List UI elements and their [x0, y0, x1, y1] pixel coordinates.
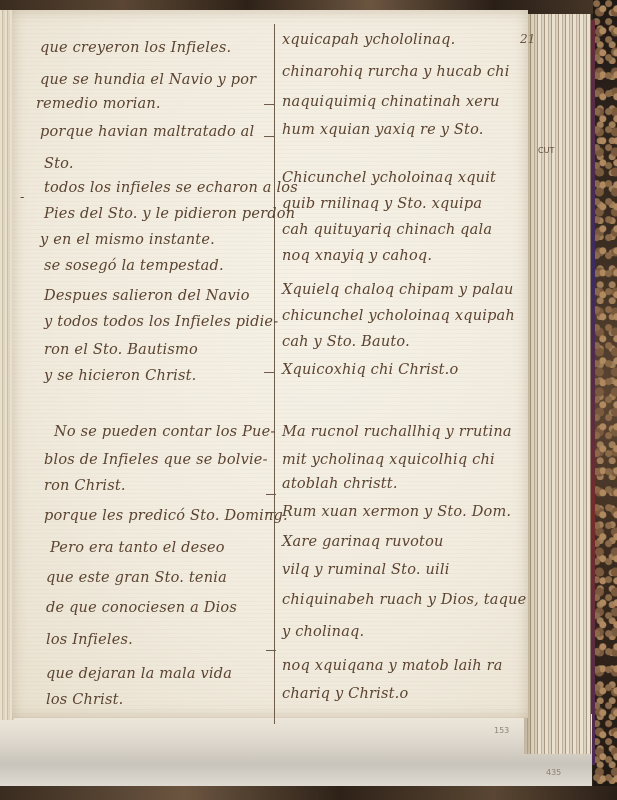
mayan-line: y cholinaq. [282, 624, 364, 640]
spanish-line: No se pueden contar los Pue- [54, 424, 275, 440]
mayan-line: chiquinabeh ruach y Dios, taque [282, 592, 526, 608]
mayan-line: naquiquimiq chinatinah xeru [282, 94, 500, 110]
mayan-line: Xquielq chaloq chipam y palau [282, 282, 514, 298]
rule-tick [264, 372, 274, 373]
mayan-line: Rum xuan xermon y Sto. Dom. [282, 504, 511, 520]
mayan-line: noq xquiqana y matob laih ra [282, 658, 503, 674]
spanish-line: todos los infieles se echaron a los [44, 180, 298, 196]
mayan-line: Xare garinaq ruvotou [282, 534, 444, 550]
mayan-line: chinarohiq rurcha y hucab chi [282, 64, 510, 80]
mayan-line: hum xquian yaxiq re y Sto. [282, 122, 484, 138]
spanish-line: Pero era tanto el deseo [50, 540, 225, 556]
book-spine-edge [591, 20, 595, 765]
spanish-line: que este gran Sto. tenia [46, 570, 227, 586]
book-cover-marbled-edge [593, 0, 617, 800]
rule-tick [266, 494, 276, 495]
spanish-line: y todos todos los Infieles pidie- [44, 314, 278, 330]
rule-tick [266, 650, 276, 651]
mayan-line: cah quituyariq chinach qala [282, 222, 492, 238]
spanish-line: porque havian maltratado al [40, 124, 254, 140]
spanish-line: los Christ. [46, 692, 124, 708]
spanish-line: Sto. [44, 156, 74, 172]
spanish-line: se sosegó la tempestad. [44, 258, 224, 274]
mayan-line: atoblah christt. [282, 476, 398, 492]
column-divider-rule [274, 24, 275, 724]
mayan-line: Ma rucnol ruchallhiq y rrutina [282, 424, 512, 440]
manuscript-page: 21 CUT - que creyeron los Infieles. que … [12, 10, 528, 718]
spanish-line: porque les predicó Sto. Doming. [44, 508, 288, 524]
spanish-line: remedio morian. [36, 96, 161, 112]
spanish-line: que dejaran la mala vida [46, 666, 232, 682]
spanish-line: y en el mismo instante. [40, 232, 215, 248]
spanish-line: ron Christ. [44, 478, 126, 494]
rule-tick [264, 136, 274, 137]
rule-tick [264, 104, 274, 105]
mayan-line: Chicunchel ycholoinaq xquit [282, 170, 496, 186]
book-cover-bottom [0, 786, 617, 800]
pencil-page-number: 153 [494, 726, 509, 735]
page-bottom-wrap [0, 714, 592, 786]
mayan-line: noq xnayiq y cahoq. [282, 248, 432, 264]
margin-dash: - [20, 190, 24, 205]
mayan-line: Xquicoxhiq chi Christ.o [282, 362, 458, 378]
margin-annotation: CUT [538, 146, 554, 155]
spanish-line: blos de Infieles que se bolvie- [44, 452, 268, 468]
spanish-line: que creyeron los Infieles. [40, 40, 231, 56]
pencil-catalog-number: 435 [546, 768, 561, 777]
spanish-line: que se hundia el Navio y por [40, 72, 256, 88]
spanish-line: Pies del Sto. y le pidieron perdon [44, 206, 295, 222]
spanish-line: Despues salieron del Navio [44, 288, 250, 304]
mayan-line: chariq y Christ.o [282, 686, 408, 702]
spanish-line: ron el Sto. Bautismo [44, 342, 198, 358]
folio-number: 21 [520, 32, 535, 46]
mayan-line: mit ycholinaq xquicolhiq chi [282, 452, 495, 468]
spanish-line: y se hicieron Christ. [44, 368, 196, 384]
spanish-line: de que conociesen a Dios [46, 600, 237, 616]
mayan-line: cah y Sto. Bauto. [282, 334, 410, 350]
mayan-line: quib rnilinaq y Sto. xquipa [282, 196, 482, 212]
mayan-line: xquicapah ychololinaq. [282, 32, 455, 48]
mayan-line: vilq y ruminal Sto. uili [282, 562, 450, 578]
spanish-line: los Infieles. [46, 632, 133, 648]
mayan-line: chicunchel ycholoinaq xquipah [282, 308, 515, 324]
